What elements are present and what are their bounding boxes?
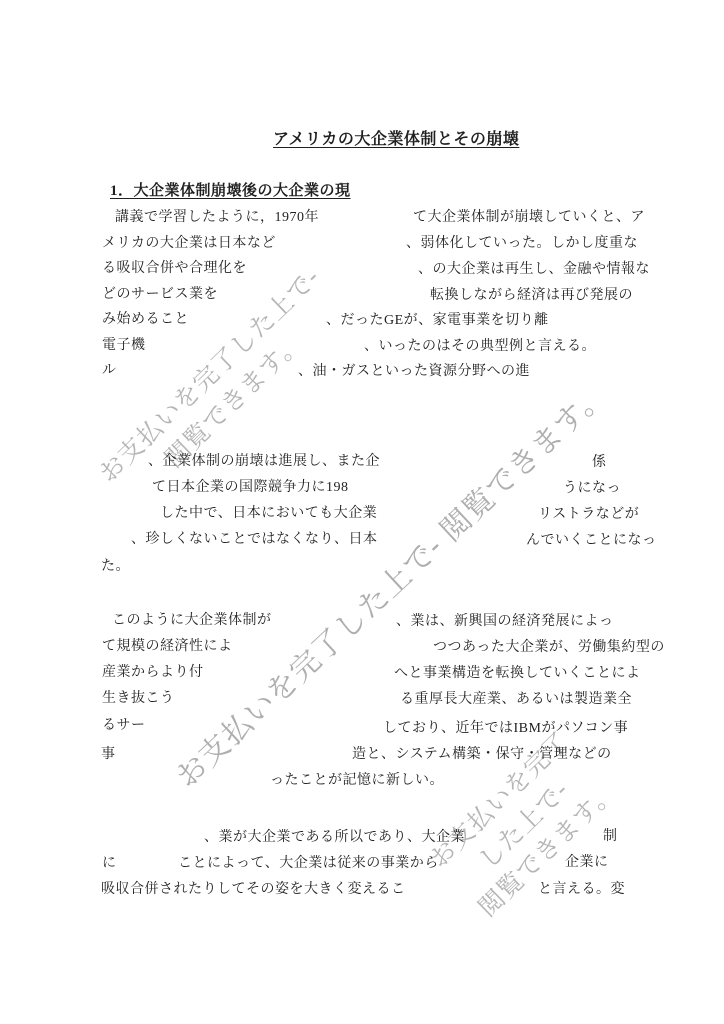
text-line: 、企業体制の崩壊は進展し、また企 xyxy=(148,452,380,472)
text-line: て規模の経済性によ xyxy=(102,637,233,657)
text-line: ったことが記憶に新しい。 xyxy=(270,771,444,791)
text-line: しており、近年ではIBMがパソコン事 xyxy=(383,719,628,739)
text-line: 、業が大企業である所以であり、大企業 xyxy=(204,828,465,848)
text-line: 転換しながら経済は再び発展の xyxy=(430,286,633,306)
text-line: どのサービス業を xyxy=(102,285,218,305)
text-line: るサー xyxy=(102,716,146,736)
text-fragment: うになっ xyxy=(563,479,621,499)
text-line: このように大企業体制が xyxy=(112,611,272,631)
text-fragment: 事 xyxy=(101,745,116,765)
text-line: した中で、日本においても大企業 xyxy=(160,504,377,524)
text-line: て大企業体制が崩壊していくと、ア xyxy=(413,208,645,228)
text-line: 、の大企業は再生し、金融や情報な xyxy=(418,260,650,280)
text-fragment: に xyxy=(102,854,117,874)
text-fragment: リストラなどが xyxy=(538,505,639,525)
text-fragment: た。 xyxy=(101,557,130,577)
text-line: つつあった大企業が、労働集約型の xyxy=(433,638,665,658)
text-line: て日本企業の国際競争力に198 xyxy=(152,478,349,498)
text-fragment: んでいくことになっ xyxy=(526,531,657,551)
text-line: 、油・ガスといった資源分野への進 xyxy=(298,362,530,382)
text-line: 、だったGEが、家電事業を切り離 xyxy=(326,311,549,331)
text-line: 吸収合併されたりしてその姿を大きく変えるこ xyxy=(101,880,406,900)
text-fragment: 制 xyxy=(603,827,618,847)
text-line: ル xyxy=(102,361,117,381)
text-line: 、業は、新興国の経済発展によっ xyxy=(396,612,614,632)
text-fragment: と言える。変 xyxy=(538,880,625,900)
text-fragment: 企業に xyxy=(565,853,609,873)
text-line: 講義で学習したように，1970年 xyxy=(115,208,319,228)
text-line: 産業からより付 xyxy=(102,663,204,683)
text-line: ことによって、大企業は従来の事業から xyxy=(178,854,439,874)
text-line: み始めること xyxy=(102,310,189,330)
document-page: お支払いを完了した上で- 閲覧できます。 お支払いを完了した上で- 閲覧できます… xyxy=(0,0,724,1024)
text-line: 、珍しくないことではなくなり、日本 xyxy=(131,530,378,550)
text-line: 造と、システム構築・保守・管理などの xyxy=(352,745,612,765)
document-title: アメリカの大企業体制とその崩壊 xyxy=(273,126,519,149)
text-line: 電子機 xyxy=(102,336,146,356)
text-line: 、弱体化していった。しかし度重な xyxy=(406,234,638,254)
text-line: る重厚長大産業、あるいは製造業全 xyxy=(400,690,632,710)
text-line: 生き抜こう xyxy=(102,689,175,709)
text-line: る吸収合併や合理化を xyxy=(102,259,247,279)
text-line: 、いったのはその典型例と言える。 xyxy=(364,337,596,357)
text-line: メリカの大企業は日本など xyxy=(102,234,276,254)
text-line: へと事業構造を転換していくことによ xyxy=(394,664,641,684)
section-heading: 1．大企業体制崩壊後の大企業の現 xyxy=(110,179,351,200)
text-fragment: 係 xyxy=(592,453,607,473)
